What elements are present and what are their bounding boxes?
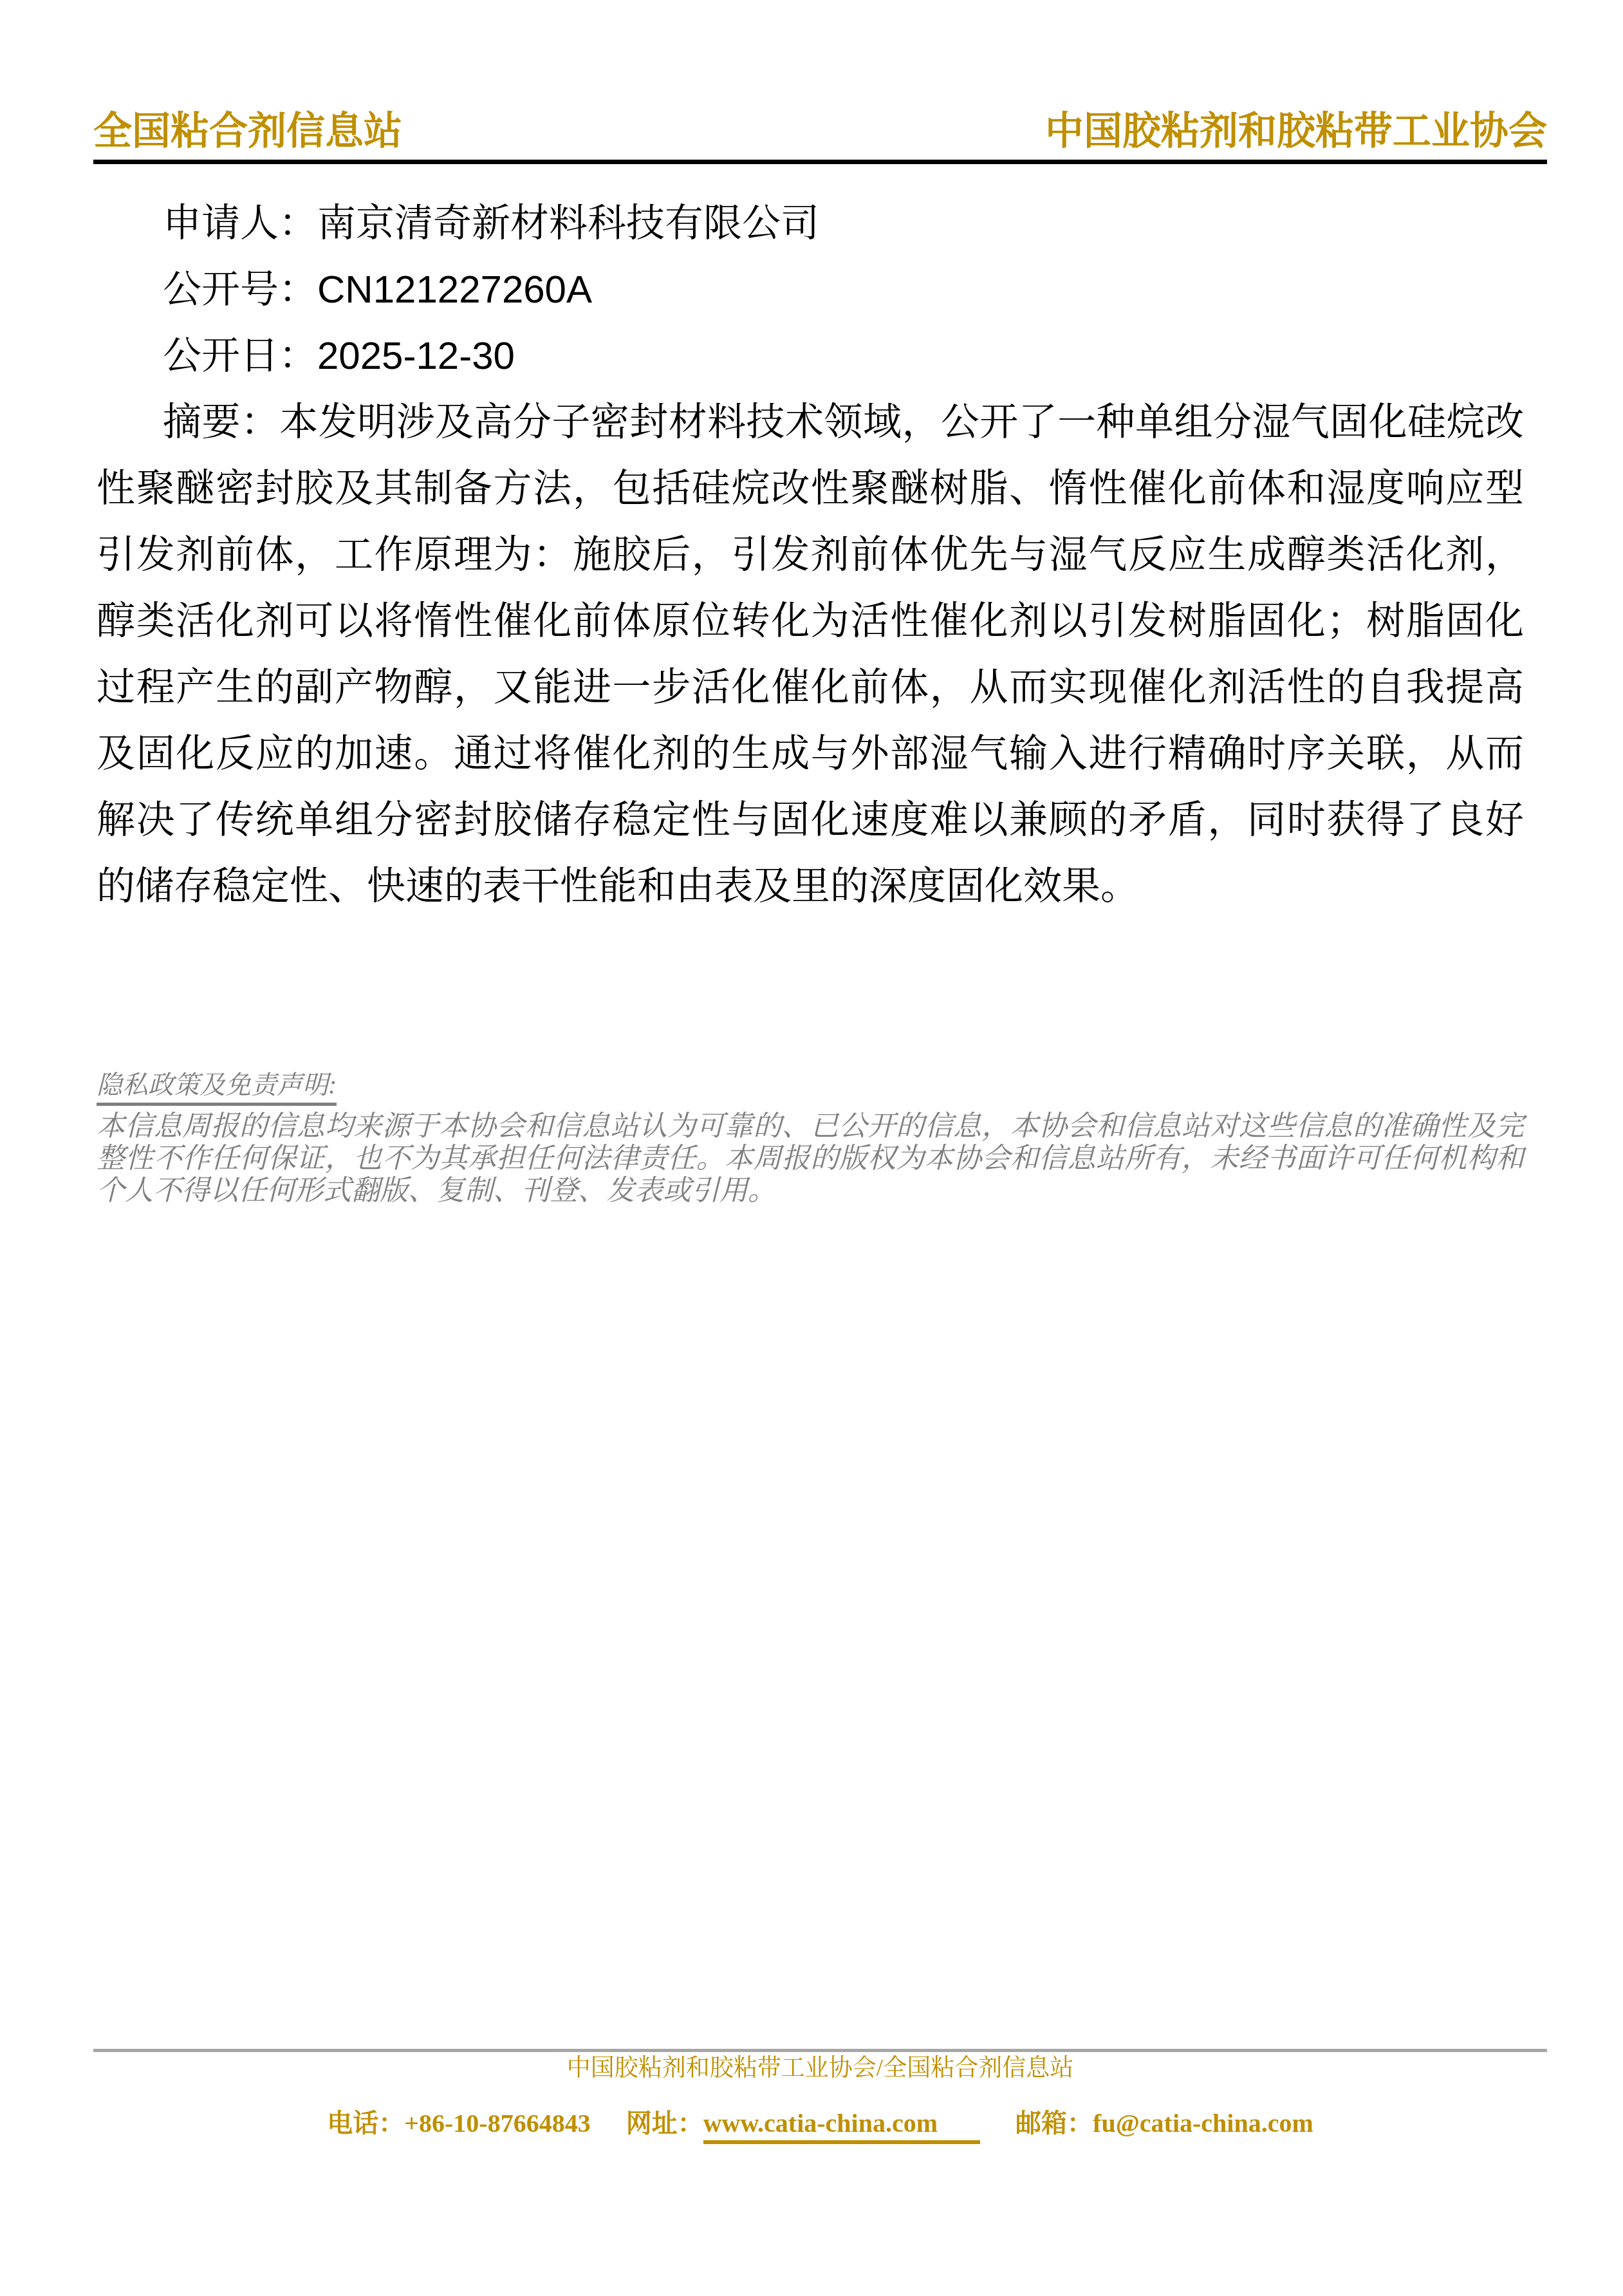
pub-number-value: CN121227260A: [317, 268, 592, 311]
web-segment: 网址：www.catia-china.com: [626, 2109, 980, 2138]
disclaimer-title: 隐私政策及免责声明:: [97, 1070, 337, 1106]
footer-contact-line: 电话：+86-10-87664843网址：www.catia-china.com…: [93, 2109, 1547, 2138]
applicant-row: 申请人：南京清奇新材料科技有限公司: [97, 190, 1524, 256]
header-right-title: 中国胶粘剂和胶粘带工业协会: [1045, 108, 1547, 154]
applicant-value: 南京清奇新材料科技有限公司: [317, 201, 819, 245]
disclaimer-body: 本信息周报的信息均来源于本协会和信息站认为可靠的、已公开的信息，本协会和信息站对…: [97, 1110, 1524, 1207]
phone-value: +86-10-87664843: [404, 2109, 590, 2138]
page-header: 全国粘合剂信息站 中国胶粘剂和胶粘带工业协会: [93, 108, 1547, 164]
disclaimer-section: 隐私政策及免责声明: 本信息周报的信息均来源于本协会和信息站认为可靠的、已公开的…: [97, 1070, 1524, 1207]
document-page: 全国粘合剂信息站 中国胶粘剂和胶粘带工业协会 申请人：南京清奇新材料科技有限公司…: [0, 0, 1623, 2296]
footer-org-line: 中国胶粘剂和胶粘带工业协会/全国粘合剂信息站: [93, 2055, 1547, 2082]
pub-date-label: 公开日：: [163, 334, 317, 377]
patent-info-section: 申请人：南京清奇新材料科技有限公司 公开号：CN121227260A 公开日：2…: [97, 190, 1524, 919]
pub-date-value: 2025-12-30: [317, 334, 515, 377]
phone-label: 电话：: [327, 2109, 404, 2138]
abstract-text: 本发明涉及高分子密封材料技术领域，公开了一种单组分湿气固化硅烷改性聚醚密封胶及其…: [97, 400, 1524, 908]
website-link[interactable]: www.catia-china.com: [703, 2109, 980, 2144]
pub-number-row: 公开号：CN121227260A: [97, 256, 1524, 322]
abstract-paragraph: 摘要：本发明涉及高分子密封材料技术领域，公开了一种单组分湿气固化硅烷改性聚醚密封…: [97, 389, 1524, 919]
pub-date-row: 公开日：2025-12-30: [97, 322, 1524, 389]
pub-number-label: 公开号：: [163, 268, 317, 311]
footer-divider-rule: [93, 2049, 1547, 2052]
phone-segment: 电话：+86-10-87664843: [327, 2109, 590, 2138]
email-segment: 邮箱：fu@catia-china.com: [1016, 2109, 1313, 2138]
abstract-label: 摘要：: [163, 400, 279, 443]
web-label: 网址：: [626, 2109, 703, 2138]
applicant-label: 申请人：: [163, 201, 317, 245]
header-left-title: 全国粘合剂信息站: [93, 108, 402, 154]
email-value: fu@catia-china.com: [1093, 2109, 1313, 2138]
email-label: 邮箱：: [1016, 2109, 1093, 2138]
